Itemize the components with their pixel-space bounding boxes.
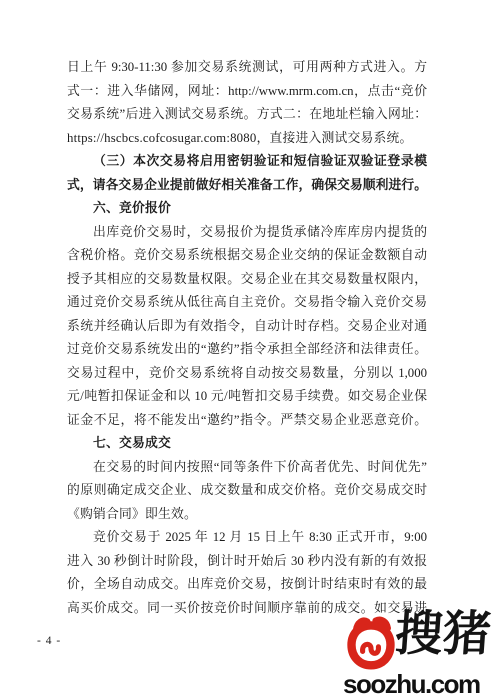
text-line: 进入 30 秒倒计时阶段，倒计时开始后 30 秒内没有新的有效报 (67, 550, 427, 574)
text-line: 在交易的时间内按照“同等条件下价高者优先、时间优先” (67, 456, 427, 480)
text-line: （三）本次交易将启用密钥验证和短信验证双验证登录模 (67, 150, 427, 174)
text-line: 竞价交易于 2025 年 12 月 15 日上午 8:30 正式开市，9:00 (67, 526, 427, 550)
text-line: https://hscbcs.cofcosugar.com:8080，直接进入测… (67, 127, 427, 151)
text-line: 系统并经确认后即为有效指令，自动计时存档。交易企业对通 (67, 315, 427, 339)
section-heading: 六、竞价报价 (67, 197, 427, 221)
text-line: 交易系统”后进入测试交易系统。方式二：在地址栏输入网址： (67, 103, 427, 127)
text-line: 式一：进入华储网，网址：http://www.mrm.com.cn，点击“竞价 (67, 80, 427, 104)
text-line: 通过竞价交易系统从低往高自主竞价。交易指令输入竞价交易 (67, 291, 427, 315)
document-page: 日上午 9:30-11:30 参加交易系统测试，可用两种方式进入。方 式一：进入… (0, 0, 494, 700)
text-line: 日上午 9:30-11:30 参加交易系统测试，可用两种方式进入。方 (67, 56, 427, 80)
text-line: 出库竞价交易时，交易报价为提货承储冷库库房内提货的 (67, 221, 427, 245)
page-number: - 4 - (37, 635, 61, 647)
text-line: 元/吨暂扣保证金和以 10 元/吨暂扣交易手续费。如交易企业保 (67, 385, 427, 409)
text-line: 过竞价交易系统发出的“邀约”指令承担全部经济和法律责任。 (67, 338, 427, 362)
text-line: 《购销合同》即生效。 (67, 503, 427, 527)
soozhu-pig-icon (345, 616, 397, 677)
text-line: 含税价格。竞价交易系统根据交易企业交纳的保证金数额自动 (67, 244, 427, 268)
soozhu-brand-text: 搜猪 (393, 599, 494, 669)
text-line: 式，请各交易企业提前做好相关准备工作，确保交易顺利进行。 (67, 174, 427, 198)
text-line: 的原则确定成交企业、成交数量和成交价格。竞价交易成交时 (67, 479, 427, 503)
section-heading: 七、交易成交 (67, 432, 427, 456)
soozhu-watermark: 搜猪 soozhu.com (343, 611, 494, 697)
text-line: 价，全场自动成交。出库竞价交易，按倒计时结束时有效的最 (67, 573, 427, 597)
soozhu-domain-text: soozhu.com (343, 671, 494, 697)
document-body: 日上午 9:30-11:30 参加交易系统测试，可用两种方式进入。方 式一：进入… (67, 56, 427, 620)
text-line: 授予其相应的交易数量权限。交易企业在其交易数量权限内， (67, 268, 427, 292)
text-line: 证金不足，将不能发出“邀约”指令。严禁交易企业恶意竞价。 (67, 409, 427, 433)
text-line: 交易过程中，竞价交易系统将自动按交易数量，分别以 1,000 (67, 362, 427, 386)
